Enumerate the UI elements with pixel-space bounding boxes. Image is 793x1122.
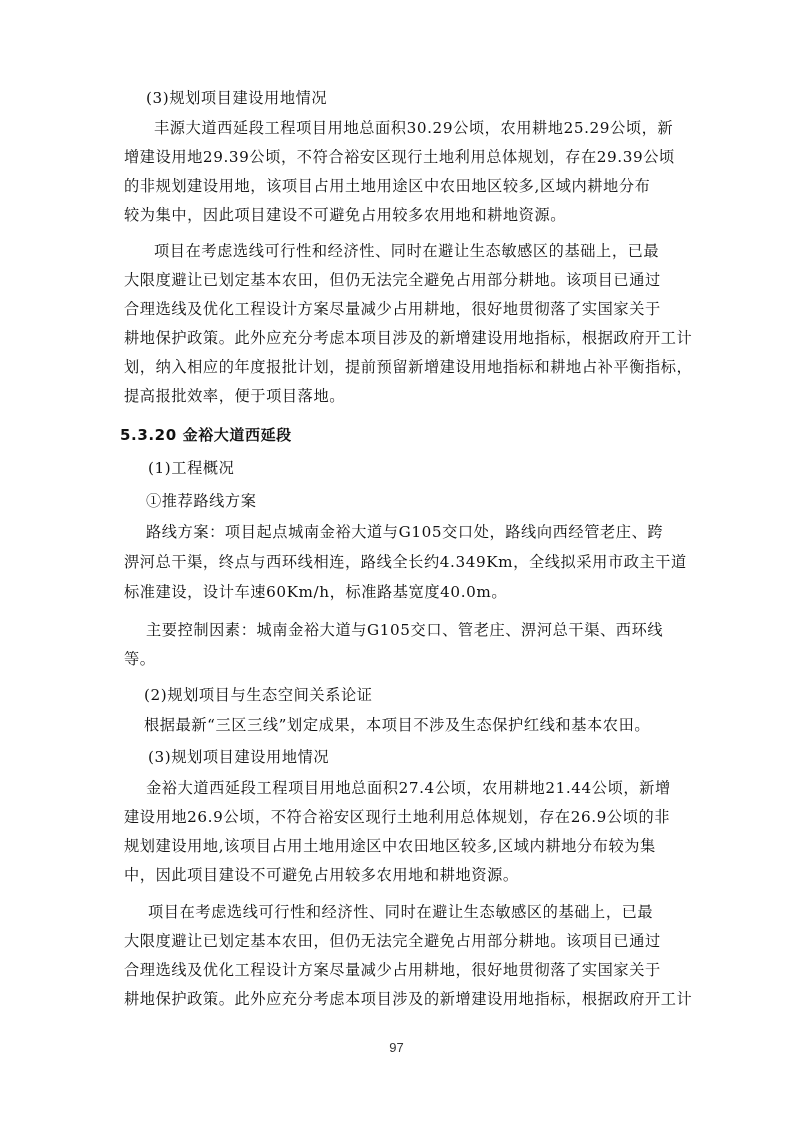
paragraph-line: 中，因此项目建设不可避免占用较多农用地和耕地资源。 <box>124 865 519 885</box>
paragraph-line: 提高报批效率，便于项目落地。 <box>124 386 345 406</box>
paragraph-line: 标准建设，设计车速60Km/h，标准路基宽度40.0m。 <box>124 582 507 602</box>
paragraph-line: 合理选线及优化工程设计方案尽量减少占用耕地，很好地贯彻落了实国家关于 <box>124 960 661 980</box>
paragraph-line: 合理选线及优化工程设计方案尽量减少占用耕地，很好地贯彻落了实国家关于 <box>124 299 661 319</box>
paragraph-line: 的非规划建设用地，该项目占用土地用途区中农田地区较多,区域内耕地分布 <box>124 176 650 196</box>
paragraph-line: 增建设用地29.39公顷，不符合裕安区现行土地利用总体规划，存在29.39公顷 <box>124 147 675 167</box>
paragraph-line: 大限度避让已划定基本农田，但仍无法完全避免占用部分耕地。该项目已通过 <box>124 931 661 951</box>
paragraph-line: 耕地保护政策。此外应充分考虑本项目涉及的新增建设用地指标，根据政府开工计 <box>124 328 692 348</box>
subsection-heading: (3)规划项目建设用地情况 <box>146 88 327 108</box>
paragraph-line: 耕地保护政策。此外应充分考虑本项目涉及的新增建设用地指标，根据政府开工计 <box>124 989 692 1009</box>
paragraph-line: 路线方案：项目起点城南金裕大道与G105交口处，路线向西经管老庄、跨 <box>146 522 663 542</box>
section-heading: 5.3.20 金裕大道西延段 <box>120 425 292 445</box>
subsection-heading: (2)规划项目与生态空间关系论证 <box>144 685 373 705</box>
paragraph-line: 淠河总干渠，终点与西环线相连，路线全长约4.349Km，全线拟采用市政主干道 <box>124 552 687 572</box>
paragraph-line: ①推荐路线方案 <box>146 491 257 511</box>
page-number: 97 <box>0 1040 793 1055</box>
subsection-heading: (3)规划项目建设用地情况 <box>148 747 329 767</box>
paragraph-line: 主要控制因素：城南金裕大道与G105交口、管老庄、淠河总干渠、西环线 <box>146 620 663 640</box>
paragraph-line: 金裕大道西延段工程项目用地总面积27.4公顷，农用耕地21.44公顷，新增 <box>146 778 671 798</box>
paragraph-line: 划，纳入相应的年度报批计划，提前预留新增建设用地指标和耕地占补平衡指标， <box>124 357 692 377</box>
paragraph-line: 规划建设用地,该项目占用土地用途区中农田地区较多,区域内耕地分布较为集 <box>124 836 656 856</box>
paragraph-line: 较为集中，因此项目建设不可避免占用较多农用地和耕地资源。 <box>124 205 566 225</box>
subsection-heading: (1)工程概况 <box>148 458 234 478</box>
paragraph-line: 根据最新“三区三线”划定成果，本项目不涉及生态保护红线和基本农田。 <box>144 715 650 735</box>
paragraph-line: 丰源大道西延段工程项目用地总面积30.29公顷，农用耕地25.29公顷，新 <box>154 118 673 138</box>
paragraph-line: 大限度避让已划定基本农田，但仍无法完全避免占用部分耕地。该项目已通过 <box>124 270 661 290</box>
paragraph-line: 等。 <box>124 649 156 669</box>
paragraph-line: 项目在考虑选线可行性和经济性、同时在避让生态敏感区的基础上，已最 <box>154 241 659 261</box>
paragraph-line: 项目在考虑选线可行性和经济性、同时在避让生态敏感区的基础上，已最 <box>148 902 653 922</box>
paragraph-line: 建设用地26.9公顷，不符合裕安区现行土地利用总体规划，存在26.9公顷的非 <box>124 807 670 827</box>
